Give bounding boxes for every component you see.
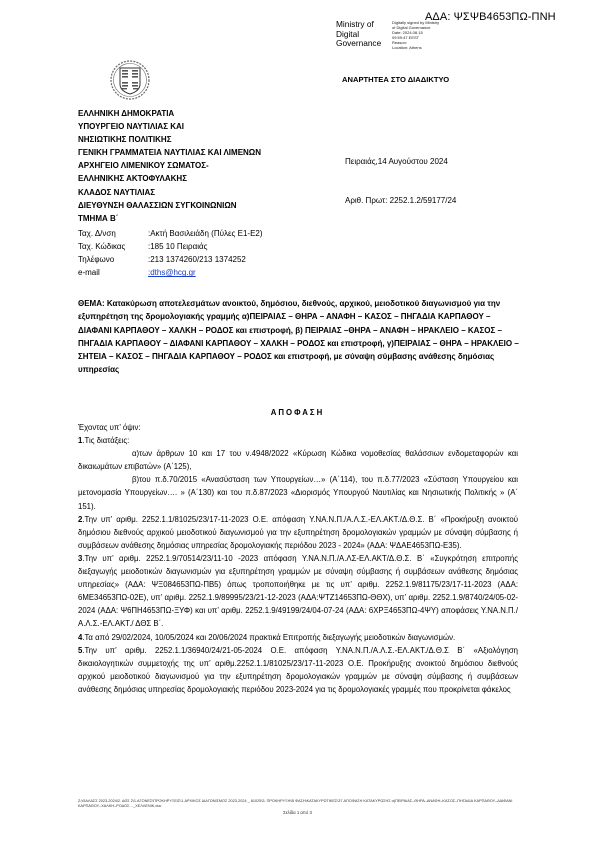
issuer-line: ΕΛΛΗΝΙΚΗΣ ΑΚΤΟΦΥΛΑΚΗΣ [78, 172, 261, 185]
decision-body: Έχοντας υπ’ όψιν: 1.Τις διατάξεις: α)των… [78, 421, 518, 696]
contact-row-address: Ταχ. Δ/νση :Ακτή Βασιλειάδη (Πύλες Ε1-Ε2… [78, 227, 263, 240]
clause-text: .Τα από 29/02/2024, 10/05/2024 και 20/06… [82, 633, 455, 642]
clause-text: .Την υπ’ αριθμ. 2252.1.1/36940/24/21-05-… [78, 646, 518, 694]
contact-row-postcode: Ταχ. Κώδικας :185 10 Πειραιάς [78, 240, 263, 253]
decision-title: ΑΠΟΦΑΣΗ [0, 408, 595, 417]
clause-4: 4.Τα από 29/02/2024, 10/05/2024 και 20/0… [78, 631, 518, 644]
issuer-line: ΓΕΝΙΚΗ ΓΡΑΜΜΑΤΕΙΑ ΝΑΥΤΙΛΙΑΣ ΚΑΙ ΛΙΜΕΝΩΝ [78, 146, 261, 159]
issuer-line: ΑΡΧΗΓΕΙΟ ΛΙΜΕΝΙΚΟΥ ΣΩΜΑΤΟΣ- [78, 159, 261, 172]
contact-value: :Ακτή Βασιλειάδη (Πύλες Ε1-Ε2) [148, 227, 263, 240]
clause-1a: α)των άρθρων 10 και 17 του ν.4948/2022 «… [78, 447, 518, 473]
clause-text: .Την υπ’ αριθμ. 2252.1.9/70514/23/11-10 … [78, 554, 518, 628]
publish-note: ΑΝΑΡΤΗΤΕΑ ΣΤΟ ΔΙΑΔΙΚΤΥΟ [342, 75, 449, 84]
ada-code: ΑΔΑ: ΨΣΨΒ4653ΠΩ-ΠΝΗ [425, 11, 556, 23]
issuer-line: ΔΙΕΥΘΥΝΣΗ ΘΑΛΑΣΣΙΩΝ ΣΥΓΚΟΙΝΩΝΙΩΝ [78, 199, 261, 212]
document-date: Πειραιάς,14 Αυγούστου 2024 [345, 157, 448, 166]
contact-info: Ταχ. Δ/νση :Ακτή Βασιλειάδη (Πύλες Ε1-Ε2… [78, 227, 263, 279]
email-link[interactable]: :dths@hcg.gr [148, 266, 196, 279]
clause-text: .Τις διατάξεις: [82, 436, 129, 445]
issuer-line: ΝΗΣΙΩΤΙΚΗΣ ΠΟΛΙΤΙΚΗΣ [78, 133, 261, 146]
contact-label: Ταχ. Δ/νση [78, 227, 148, 240]
subject-heading: ΘΕΜΑ: Κατακύρωση αποτελεσμάτων ανοικτού,… [78, 297, 526, 377]
clause-5: 5.Την υπ’ αριθμ. 2252.1.1/36940/24/21-05… [78, 644, 518, 696]
signer-name: Ministry of Digital Governance [336, 20, 381, 49]
contact-value: :213 1374260/213 1374252 [148, 253, 246, 266]
issuer-block: ΕΛΛΗΝΙΚΗ ΔΗΜΟΚΡΑΤΙΑ ΥΠΟΥΡΓΕΙΟ ΝΑΥΤΙΛΙΑΣ … [78, 107, 261, 225]
issuer-line: ΚΛΑΔΟΣ ΝΑΥΤΙΛΙΑΣ [78, 186, 261, 199]
clause-2: 2.Την υπ’ αριθμ. 2252.1.1/81025/23/17-11… [78, 513, 518, 552]
clause-text: .Την υπ’ αριθμ. 2252.1.1/81025/23/17-11-… [78, 515, 518, 550]
contact-row-email: e-mail :dths@hcg.gr [78, 266, 263, 279]
clause-3: 3.Την υπ’ αριθμ. 2252.1.9/70514/23/11-10… [78, 552, 518, 631]
digital-signature: Digitally signed by Ministry of Digital … [392, 20, 439, 50]
issuer-line: ΤΜΗΜΑ Β΄ [78, 212, 261, 225]
signature-line: Location: Athens [392, 45, 439, 50]
coat-of-arms-icon [108, 58, 152, 102]
clause-1b: β)του π.δ.70/2015 «Ανασύσταση των Υπουργ… [78, 473, 518, 512]
contact-label: Ταχ. Κώδικας [78, 240, 148, 253]
contact-row-phone: Τηλέφωνο :213 1374260/213 1374252 [78, 253, 263, 266]
page-number: Σελίδα 1 από 3 [0, 810, 595, 815]
clause-1: 1.Τις διατάξεις: [78, 434, 518, 447]
contact-label: Τηλέφωνο [78, 253, 148, 266]
protocol-number: Αριθ. Πρωτ: 2252.1.2/59177/24 [345, 196, 456, 205]
issuer-line: ΥΠΟΥΡΓΕΙΟ ΝΑΥΤΙΛΙΑΣ ΚΑΙ [78, 120, 261, 133]
signer-line: Governance [336, 39, 381, 49]
contact-value: :185 10 Πειραιάς [148, 240, 207, 253]
issuer-line: ΕΛΛΗΝΙΚΗ ΔΗΜΟΚΡΑΤΙΑ [78, 107, 261, 120]
footer-file-path: Z:\ΘΑΛΑΣΣ 2023-2024\2. ΔΘΣ 2\1.ΑΓΟΝΕΣ\ΠΡ… [78, 799, 518, 809]
intro-line: Έχοντας υπ’ όψιν: [78, 421, 518, 434]
contact-label: e-mail [78, 266, 148, 279]
